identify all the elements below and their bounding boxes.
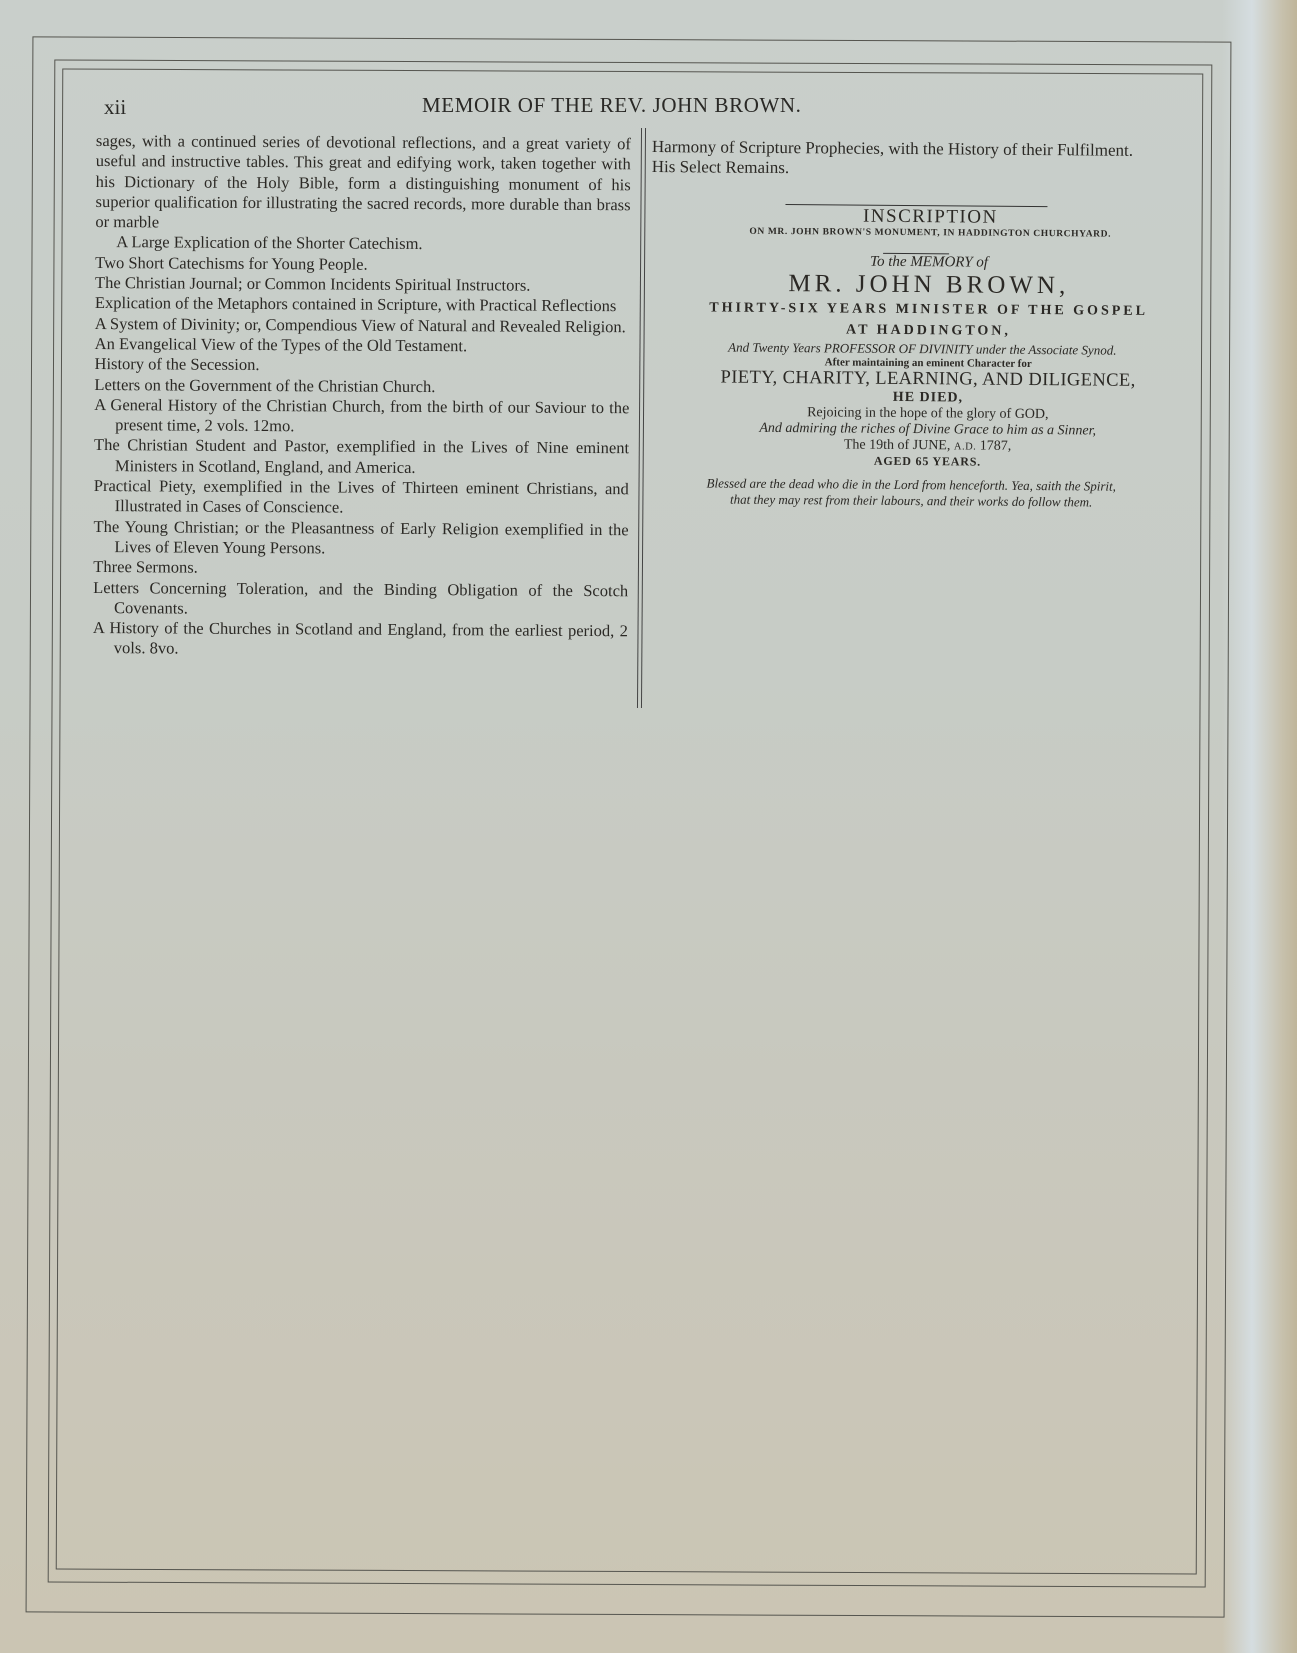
work-entry: Explication of the Metaphors contained i… (95, 293, 630, 317)
date-year: 1787, (980, 439, 1012, 454)
work-entry: The Christian Student and Pastor, exempl… (94, 435, 629, 479)
page-edge-shadow (1222, 0, 1297, 1653)
ministry-line: THIRTY-SIX YEARS MINISTER OF THE GOSPEL (651, 297, 1191, 322)
continuation-paragraph: sages, with a continued series of devoti… (95, 131, 631, 236)
virtues-line: PIETY, CHARITY, LEARNING, AND DILIGENCE, (650, 367, 1190, 392)
left-column: sages, with a continued series of devoti… (93, 131, 631, 662)
age-line: AGED 65 YEARS. (649, 452, 1189, 471)
work-entry: Three Sermons. (93, 557, 628, 581)
date-era: A.D. (954, 441, 977, 452)
running-head: xii MEMOIR OF THE REV. JOHN BROWN. (100, 93, 1190, 123)
work-entry: Letters Concerning Toleration, and the B… (93, 578, 628, 622)
scripture-quote: Blessed are the dead who die in the Lord… (633, 475, 1189, 511)
work-entry: Practical Piety, exemplified in the Live… (94, 476, 629, 520)
date-prefix: The 19th of JUNE, (844, 438, 951, 454)
honoree-name: MR. JOHN BROWN, (651, 269, 1191, 301)
page-number: xii (104, 95, 126, 120)
work-entry: The Young Christian; or the Pleasantness… (93, 517, 628, 561)
work-entry: His Select Remains. (652, 157, 1192, 181)
inscription: INSCRIPTION ON MR. JOHN BROWN'S MONUMENT… (649, 204, 1191, 511)
work-entry: A History of the Churches in Scotland an… (93, 618, 628, 662)
running-head-title: MEMOIR OF THE REV. JOHN BROWN. (422, 93, 802, 118)
right-column: Harmony of Scripture Prophecies, with th… (649, 137, 1192, 511)
work-entry: History of the Secession. (95, 354, 630, 378)
work-entry: A General History of the Christian Churc… (94, 395, 629, 439)
right-works-list: Harmony of Scripture Prophecies, with th… (652, 137, 1192, 181)
